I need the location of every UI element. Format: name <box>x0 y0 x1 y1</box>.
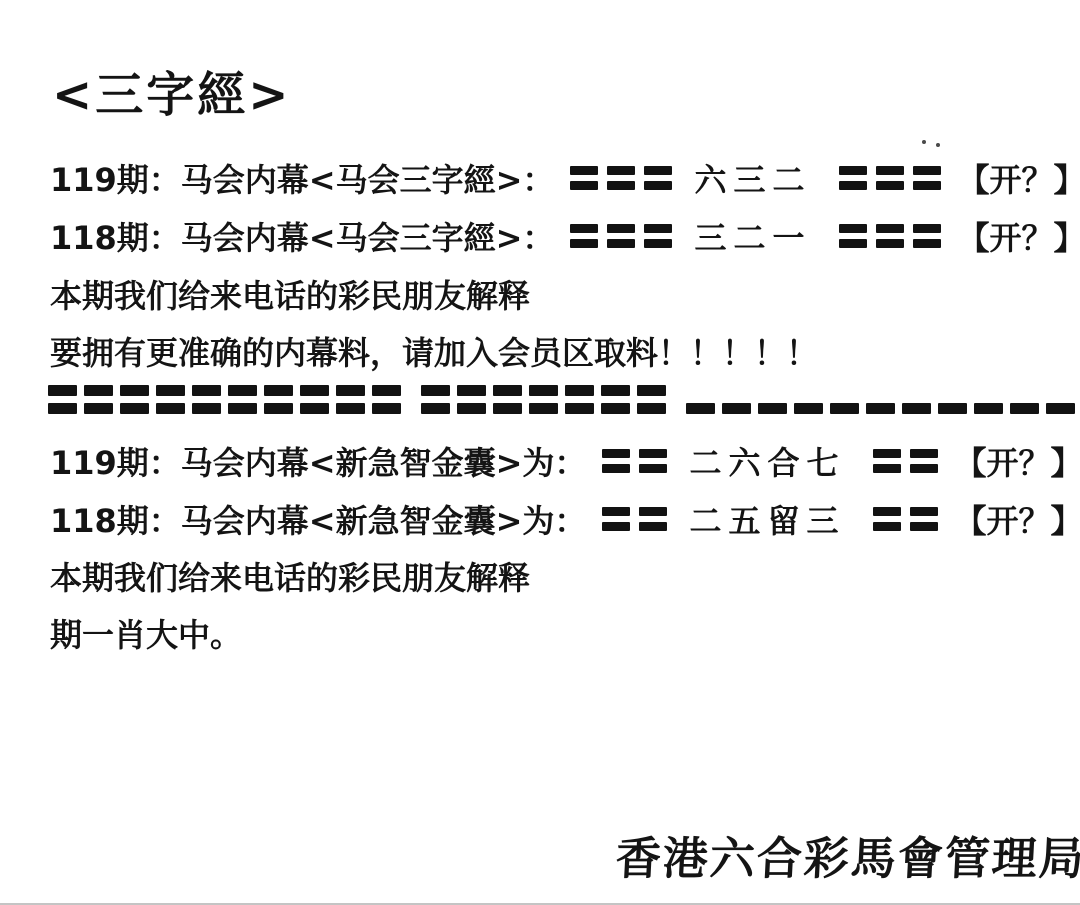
note-line: 要拥有更准确的内幕料，请加入会员区取料！！！！！ <box>50 328 818 374</box>
tip-row-119-sanzijing: 119期：马会内幕<马会三字經>： 六三二 【开？】 <box>50 155 1080 201</box>
row-label: 118期：马会内幕<新急智金囊>为： <box>50 496 586 542</box>
note-line: 本期我们给来电话的彩民朋友解释 <box>50 553 530 599</box>
result-placeholder: 【开？】 <box>957 155 1080 201</box>
result-placeholder: 【开？】 <box>957 213 1080 259</box>
scanned-tip-sheet: <三字經> 119期：马会内幕<马会三字經>： 六三二 【开？】 118期：马会… <box>0 0 1080 905</box>
tip-row-118-sanzijing: 118期：马会内幕<马会三字經>： 三二一 【开？】 <box>50 213 1080 259</box>
row-label: 118期：马会内幕<马会三字經>： <box>50 213 554 259</box>
tip-numbers: 六三二 <box>694 155 811 201</box>
issuer-signature: 香港六合彩馬會管理局 <box>614 822 1080 887</box>
page-title: <三字經> <box>52 56 291 125</box>
tip-row-119-jinnang: 119期：马会内幕<新急智金囊>为： 二六合七 【开？】 <box>50 438 1080 484</box>
scan-artifact-dots <box>922 140 926 144</box>
hexagram-mark-icon <box>873 449 938 473</box>
hexagram-mark-icon <box>873 507 938 531</box>
hexagram-mark-icon <box>570 224 672 248</box>
hexagram-mark-icon <box>602 449 667 473</box>
result-placeholder: 【开？】 <box>954 438 1080 484</box>
row-label: 119期：马会内幕<新急智金囊>为： <box>50 438 586 484</box>
note-line: 本期我们给来电话的彩民朋友解释 <box>50 271 530 317</box>
hexagram-mark-icon <box>570 166 672 190</box>
tip-numbers: 二六合七 <box>689 438 845 484</box>
result-placeholder: 【开？】 <box>954 496 1080 542</box>
section-divider <box>48 384 1075 414</box>
row-label: 119期：马会内幕<马会三字經>： <box>50 155 554 201</box>
tip-numbers: 二五留三 <box>689 496 845 542</box>
hexagram-mark-icon <box>839 166 941 190</box>
tip-numbers: 三二一 <box>694 213 811 259</box>
hexagram-mark-icon <box>839 224 941 248</box>
hexagram-mark-icon <box>602 507 667 531</box>
tip-row-118-jinnang: 118期：马会内幕<新急智金囊>为： 二五留三 【开？】 <box>50 496 1080 542</box>
note-line: 期一肖大中。 <box>50 610 242 656</box>
